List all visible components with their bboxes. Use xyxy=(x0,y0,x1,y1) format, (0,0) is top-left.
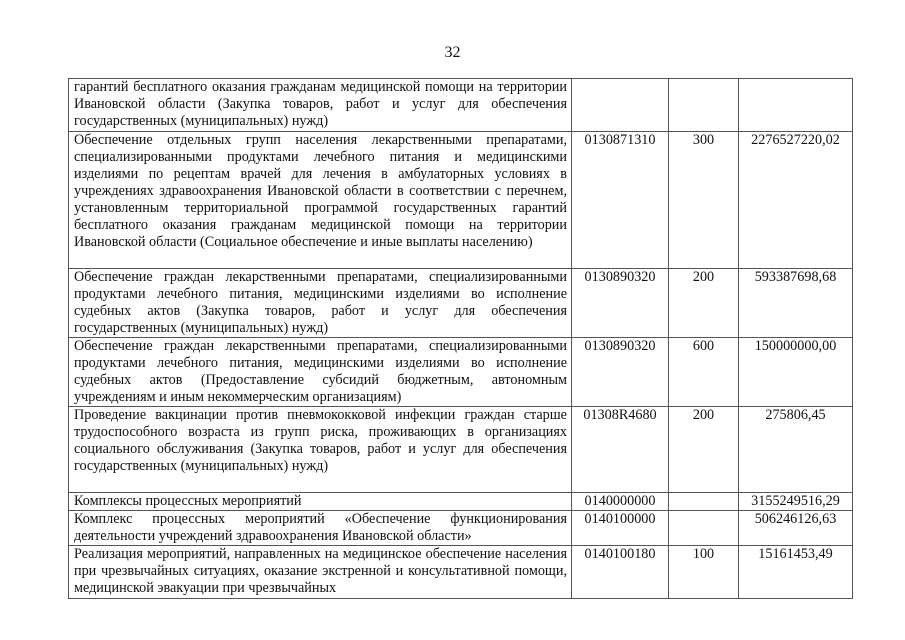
row-description: гарантий бесплатного оказания гражданам … xyxy=(69,79,572,132)
row-description: Обеспечение граждан лекарственными препа… xyxy=(69,269,572,338)
row-expense-type xyxy=(669,511,739,546)
table-row: Проведение вакцинации против пневмококко… xyxy=(69,407,853,493)
row-expense-type: 600 xyxy=(669,338,739,407)
table-row: Комплекс процессных мероприятий «Обеспеч… xyxy=(69,511,853,546)
row-description: Реализация мероприятий, направленных на … xyxy=(69,546,572,599)
row-code: 01308R4680 xyxy=(572,407,669,493)
row-amount xyxy=(739,79,853,132)
table-row: Обеспечение граждан лекарственными препа… xyxy=(69,269,853,338)
row-amount: 506246126,63 xyxy=(739,511,853,546)
row-code: 0130890320 xyxy=(572,338,669,407)
row-description: Комплексы процессных мероприятий xyxy=(69,493,572,511)
budget-table: гарантий бесплатного оказания гражданам … xyxy=(68,78,853,599)
row-code: 0140100000 xyxy=(572,511,669,546)
table-row: Комплексы процессных мероприятий01400000… xyxy=(69,493,853,511)
table-row: Обеспечение отдельных групп населения ле… xyxy=(69,132,853,269)
row-expense-type: 200 xyxy=(669,407,739,493)
row-amount: 2276527220,02 xyxy=(739,132,853,269)
row-amount: 15161453,49 xyxy=(739,546,853,599)
row-description: Комплекс процессных мероприятий «Обеспеч… xyxy=(69,511,572,546)
row-amount: 593387698,68 xyxy=(739,269,853,338)
row-description: Обеспечение граждан лекарственными препа… xyxy=(69,338,572,407)
row-expense-type xyxy=(669,79,739,132)
row-description: Проведение вакцинации против пневмококко… xyxy=(69,407,572,493)
table-row: Реализация мероприятий, направленных на … xyxy=(69,546,853,599)
row-expense-type: 200 xyxy=(669,269,739,338)
row-code: 0140000000 xyxy=(572,493,669,511)
row-amount: 150000000,00 xyxy=(739,338,853,407)
row-description: Обеспечение отдельных групп населения ле… xyxy=(69,132,572,269)
row-code: 0140100180 xyxy=(572,546,669,599)
table-row: гарантий бесплатного оказания гражданам … xyxy=(69,79,853,132)
page-number: 32 xyxy=(0,44,905,62)
row-expense-type: 300 xyxy=(669,132,739,269)
row-expense-type: 100 xyxy=(669,546,739,599)
row-amount: 275806,45 xyxy=(739,407,853,493)
row-code: 0130890320 xyxy=(572,269,669,338)
row-amount: 3155249516,29 xyxy=(739,493,853,511)
table-row: Обеспечение граждан лекарственными препа… xyxy=(69,338,853,407)
row-expense-type xyxy=(669,493,739,511)
row-code xyxy=(572,79,669,132)
row-code: 0130871310 xyxy=(572,132,669,269)
